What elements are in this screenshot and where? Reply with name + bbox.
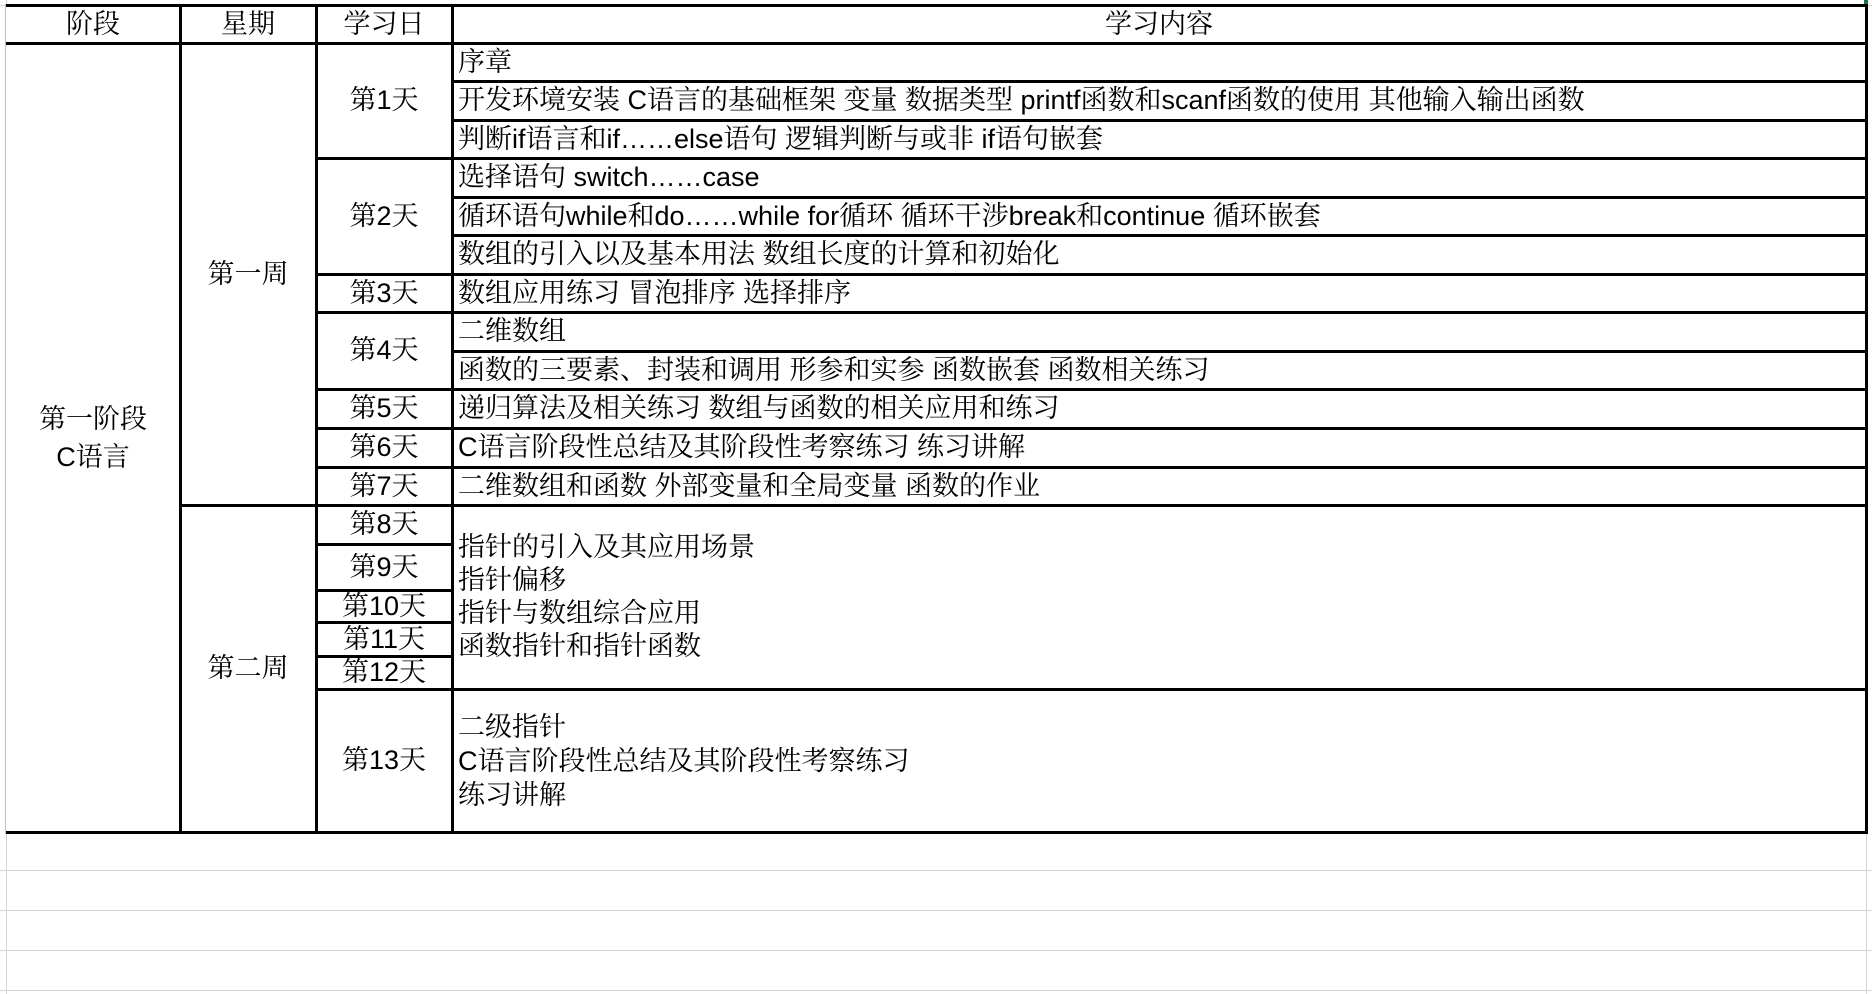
content-day3[interactable]: 数组应用练习 冒泡排序 选择排序 xyxy=(452,274,1866,312)
border xyxy=(180,504,1866,507)
border xyxy=(6,831,1868,834)
day-cell-12[interactable]: 第12天 xyxy=(316,656,452,689)
border xyxy=(316,311,1866,314)
day-cell-1[interactable]: 第1天 xyxy=(316,43,452,158)
border xyxy=(316,621,452,624)
day-cell-2[interactable]: 第2天 xyxy=(316,158,452,274)
border xyxy=(316,466,1866,469)
day-cell-5[interactable]: 第5天 xyxy=(316,389,452,428)
border xyxy=(316,589,452,592)
content-day2-line2[interactable]: 循环语句while和do……while for循环 循环干涉break和cont… xyxy=(452,197,1866,235)
content-day4-line1[interactable]: 二维数组 xyxy=(452,312,1866,351)
border xyxy=(316,688,1866,691)
border xyxy=(316,655,452,658)
border xyxy=(452,350,1866,353)
content-day2-line1[interactable]: 选择语句 switch……case xyxy=(452,158,1866,197)
day-cell-10[interactable]: 第10天 xyxy=(316,590,452,622)
border xyxy=(452,196,1866,199)
day-cell-6[interactable]: 第6天 xyxy=(316,428,452,467)
day-cell-3[interactable]: 第3天 xyxy=(316,274,452,312)
content-day8-12[interactable]: 指针的引入及其应用场景 指针偏移 指针与数组综合应用 函数指针和指针函数 xyxy=(452,505,1866,689)
border xyxy=(6,42,1868,45)
gridline xyxy=(0,910,1872,911)
week-cell-2[interactable]: 第二周 xyxy=(180,505,316,832)
day-cell-9[interactable]: 第9天 xyxy=(316,544,452,590)
day-cell-7[interactable]: 第7天 xyxy=(316,467,452,505)
day-cell-4[interactable]: 第4天 xyxy=(316,312,452,389)
border xyxy=(316,427,1866,430)
border xyxy=(316,388,1866,391)
border xyxy=(316,157,1866,160)
content-day5[interactable]: 递归算法及相关练习 数组与函数的相关应用和练习 xyxy=(452,389,1866,428)
border xyxy=(452,80,1866,83)
border xyxy=(6,4,1868,7)
gridline xyxy=(0,990,1872,991)
content-day1-line3[interactable]: 判断if语言和if……else语句 逻辑判断与或非 if语句嵌套 xyxy=(452,120,1866,158)
header-content[interactable]: 学习内容 xyxy=(452,5,1866,43)
content-day4-line2[interactable]: 函数的三要素、封装和调用 形参和实参 函数嵌套 函数相关练习 xyxy=(452,351,1866,389)
content-day1-line2[interactable]: 开发环境安装 C语言的基础框架 变量 数据类型 printf函数和scanf函数… xyxy=(452,81,1866,120)
border xyxy=(1865,4,1868,834)
border xyxy=(451,4,454,834)
border xyxy=(452,119,1866,122)
content-day1-line1[interactable]: 序章 xyxy=(452,43,1866,81)
day-cell-8[interactable]: 第8天 xyxy=(316,505,452,544)
gridline xyxy=(0,950,1872,951)
content-day2-line3[interactable]: 数组的引入以及基本用法 数组长度的计算和初始化 xyxy=(452,235,1866,274)
border xyxy=(316,273,1866,276)
border xyxy=(452,234,1866,237)
gridline xyxy=(0,870,1872,871)
border xyxy=(5,4,6,834)
content-day7[interactable]: 二维数组和函数 外部变量和全局变量 函数的作业 xyxy=(452,467,1866,505)
stage-cell[interactable]: 第一阶段 C语言 xyxy=(6,43,180,832)
border xyxy=(315,4,318,834)
header-stage[interactable]: 阶段 xyxy=(6,5,180,43)
header-day[interactable]: 学习日 xyxy=(316,5,452,43)
border xyxy=(316,543,452,546)
header-week[interactable]: 星期 xyxy=(180,5,316,43)
border xyxy=(179,4,182,834)
content-day13[interactable]: 二级指针 C语言阶段性总结及其阶段性考察练习 练习讲解 xyxy=(452,689,1866,832)
content-day6[interactable]: C语言阶段性总结及其阶段性考察练习 练习讲解 xyxy=(452,428,1866,467)
day-cell-13[interactable]: 第13天 xyxy=(316,689,452,832)
week-cell-1[interactable]: 第一周 xyxy=(180,43,316,505)
day-cell-11[interactable]: 第11天 xyxy=(316,622,452,656)
